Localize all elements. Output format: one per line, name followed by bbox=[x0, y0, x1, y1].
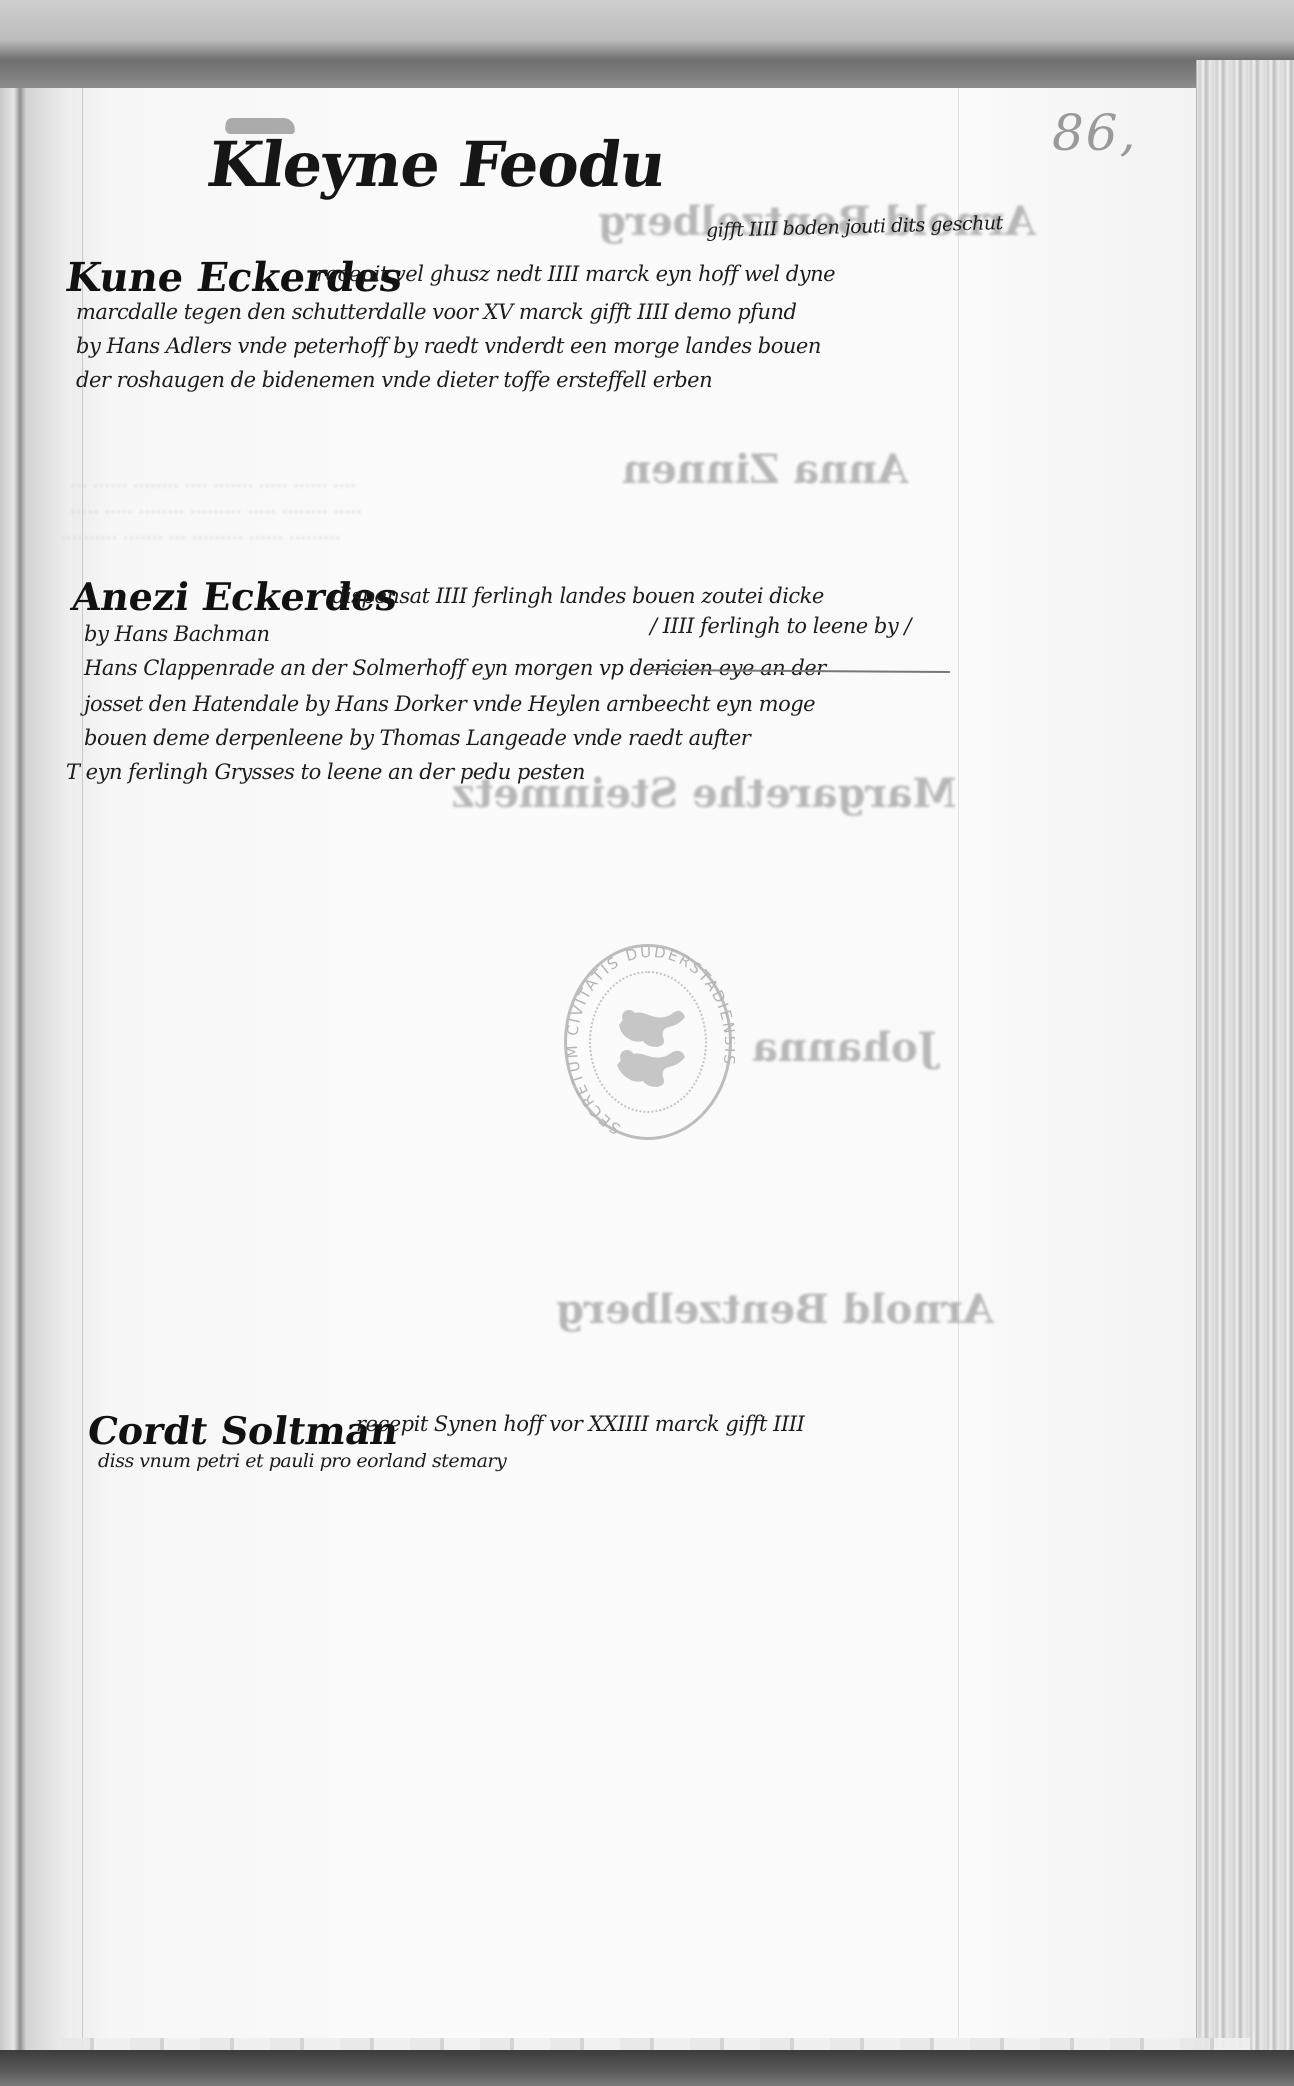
bleed-through-line: ····· ········ ····· ········· ········ … bbox=[70, 502, 362, 523]
page-heading: Kleyne Feodu bbox=[203, 128, 670, 201]
page-heading-text: Kleyne Feodu bbox=[203, 128, 670, 201]
entry-line: der roshaugen de bidenemen vnde dieter t… bbox=[76, 368, 712, 392]
archive-stamp: SECRETUM CIVITATIS DUDERSTADIENSIS bbox=[564, 944, 732, 1140]
entry-line: / IIII ferlingh to leene by / bbox=[650, 614, 911, 638]
bleed-through-line: ···· ······ ····· ······· ···· ········ … bbox=[70, 476, 356, 497]
page-fore-edge bbox=[1196, 60, 1294, 2050]
entry-line: marcdalle tegen den schutterdalle voor X… bbox=[76, 300, 796, 324]
entry-name: Cordt Soltman bbox=[85, 1408, 402, 1453]
bleed-through-line: ········· ······ ········· ··· ······· ·… bbox=[60, 528, 340, 549]
entry-line: recepit Synen hoff vor XXIIII marck giff… bbox=[356, 1412, 804, 1436]
bleed-through-text: Arnold Bentzelberg bbox=[556, 1286, 994, 1333]
entry-line: by Hans Adlers vnde peterhoff by raedt v… bbox=[76, 334, 821, 358]
bleed-through-text: Johanna bbox=[752, 1024, 937, 1071]
entry-line: diss vnum petri et pauli pro eorland ste… bbox=[98, 1450, 506, 1472]
lion-icon bbox=[567, 947, 735, 1143]
folio-number: 86, bbox=[1052, 104, 1138, 162]
entry-line: Hans Clappenrade an der Solmerhoff eyn m… bbox=[84, 656, 826, 680]
scan-background-top bbox=[0, 0, 1294, 92]
entry-line: by Hans Bachman bbox=[84, 622, 270, 646]
initial-flourish-decoration bbox=[224, 118, 296, 134]
entry-line: dispensat IIII ferlingh landes bouen zou… bbox=[332, 584, 824, 608]
entry-line: bouen deme derpenleene by Thomas Langead… bbox=[84, 726, 750, 750]
entry-line: recepit vel ghusz nedt IIII marck eyn ho… bbox=[316, 262, 835, 286]
entry-line: T eyn ferlingh Grysses to leene an der p… bbox=[66, 760, 585, 784]
margin-rule-right bbox=[958, 88, 959, 2050]
entry-line: josset den Hatendale by Hans Dorker vnde… bbox=[84, 692, 815, 716]
scan-background-bottom bbox=[0, 2050, 1294, 2086]
bleed-through-text: Anna Zinnen bbox=[622, 446, 908, 493]
book-gutter bbox=[0, 88, 72, 2050]
